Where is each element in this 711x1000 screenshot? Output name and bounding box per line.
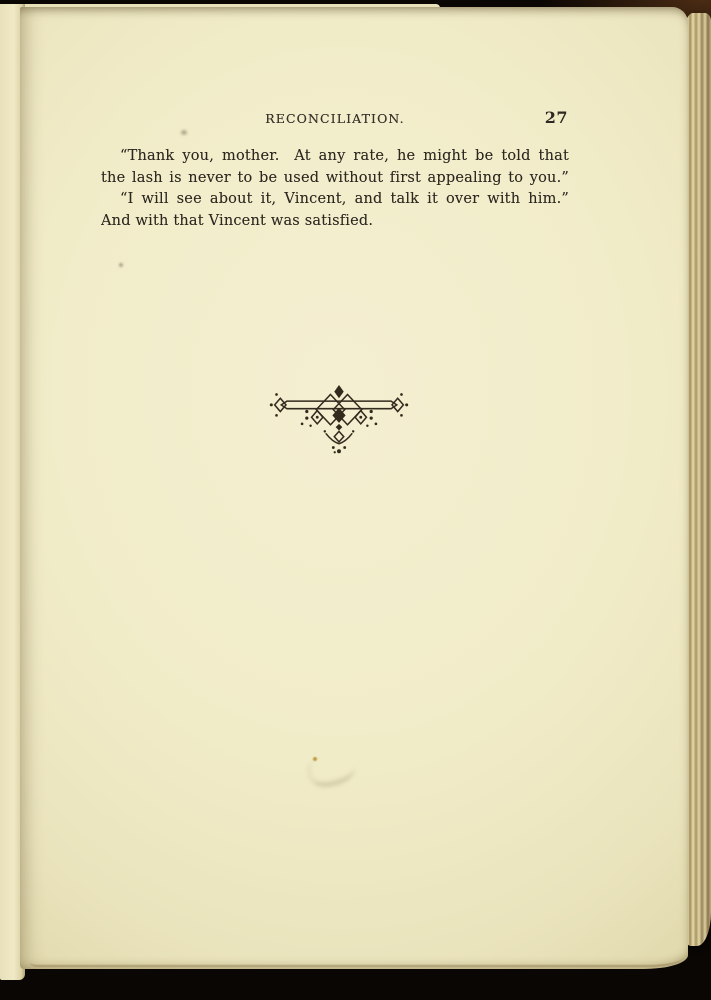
book-page: RECONCILIATION. 27 “Thank you, mother. A…: [20, 7, 688, 969]
paper-speck: [181, 130, 187, 135]
page-stack-edges: [685, 13, 711, 946]
book-photograph: RECONCILIATION. 27 “Thank you, mother. A…: [0, 0, 711, 1000]
paper-speck: [119, 263, 123, 267]
body-text: “Thank you, mother. At any rate, he migh…: [101, 146, 569, 232]
paper-speck: [313, 757, 317, 761]
tailpiece-ornament-icon: [268, 383, 410, 459]
running-header: RECONCILIATION. 27: [101, 111, 569, 131]
running-header-title: RECONCILIATION.: [101, 111, 569, 126]
page-number: 27: [545, 108, 568, 127]
text-line-2: the lash is never to be used without fir…: [101, 168, 569, 190]
text-line-4: And with that Vincent was satisfied.: [101, 211, 569, 233]
text-line-3: “I will see about it, Vincent, and talk …: [101, 189, 569, 211]
paper-smudge: [305, 750, 358, 791]
text-line-1: “Thank you, mother. At any rate, he migh…: [101, 146, 569, 168]
